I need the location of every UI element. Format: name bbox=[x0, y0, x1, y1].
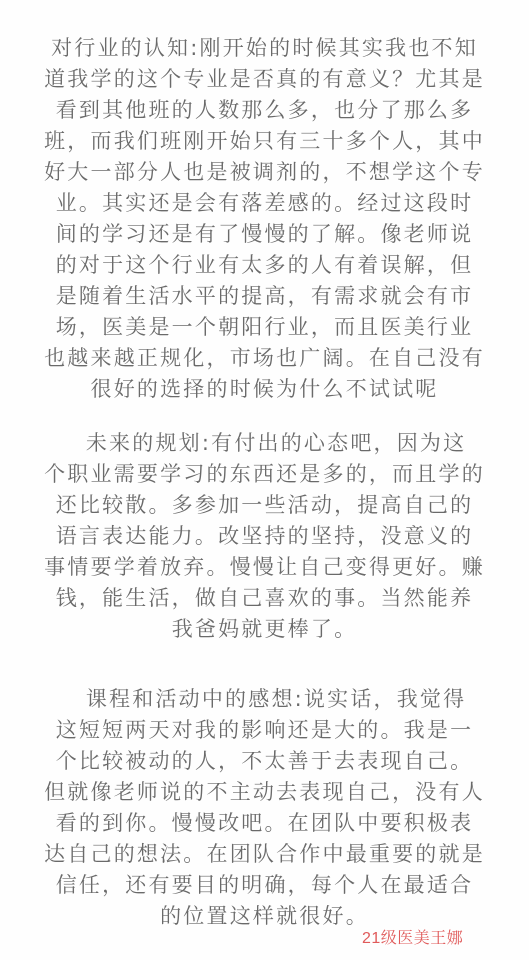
text-line: 道我学的这个专业是否真的有意义？尤其是 bbox=[0, 64, 529, 94]
text-line: 间的学习还是有了慢慢的了解。像老师说 bbox=[0, 219, 529, 249]
text-line: 班，而我们班刚开始只有三十多个人，其中 bbox=[0, 126, 529, 156]
text-line: 个职业需要学习的东西还是多的，而且学的 bbox=[0, 459, 529, 489]
text-line: 钱，能生活，做自己喜欢的事。当然能养 bbox=[0, 583, 529, 613]
text-line: 这短短两天对我的影响还是大的。我是一 bbox=[0, 715, 529, 745]
text-line: 好大一部分人也是被调剂的，不想学这个专 bbox=[0, 157, 529, 187]
text-line: 语言表达能力。改坚持的坚持，没意义的 bbox=[0, 521, 529, 551]
author-signature: 21级医美王娜 bbox=[362, 928, 463, 950]
text-line: 也越来越正规化，市场也广阔。在自己没有 bbox=[0, 343, 529, 373]
text-line: 事情要学着放弃。慢慢让自己变得更好。赚 bbox=[0, 552, 529, 582]
text-line: 我爸妈就更棒了。 bbox=[0, 614, 529, 644]
text-line: 是随着生活水平的提高，有需求就会有市 bbox=[0, 281, 529, 311]
text-line: 个比较被动的人，不太善于去表现自己。 bbox=[0, 746, 529, 776]
text-line: 的对于这个行业有太多的人有着误解，但 bbox=[0, 250, 529, 280]
text-line: 看到其他班的人数那么多，也分了那么多 bbox=[0, 95, 529, 125]
text-line: 的位置这样就很好。 bbox=[0, 901, 529, 931]
text-line: 场，医美是一个朝阳行业，而且医美行业 bbox=[0, 312, 529, 342]
text-line: 业。其实还是会有落差感的。经过这段时 bbox=[0, 188, 529, 218]
text-line: 很好的选择的时候为什么不试试呢 bbox=[0, 374, 529, 404]
text-line: 未来的规划:有付出的心态吧，因为这 bbox=[0, 428, 529, 458]
text-line: 达自己的想法。在团队合作中最重要的就是 bbox=[0, 839, 529, 869]
text-line: 但就像老师说的不主动去表现自己，没有人 bbox=[0, 777, 529, 807]
text-line: 信任，还有要目的明确，每个人在最适合 bbox=[0, 870, 529, 900]
document-page: 对行业的认知:刚开始的时候其实我也不知 道我学的这个专业是否真的有意义？尤其是 … bbox=[0, 0, 529, 960]
text-line: 看的到你。慢慢改吧。在团队中要积极表 bbox=[0, 808, 529, 838]
text-line: 课程和活动中的感想:说实话，我觉得 bbox=[0, 684, 529, 714]
text-line: 还比较散。多参加一些活动，提高自己的 bbox=[0, 490, 529, 520]
text-line: 对行业的认知:刚开始的时候其实我也不知 bbox=[0, 33, 529, 63]
